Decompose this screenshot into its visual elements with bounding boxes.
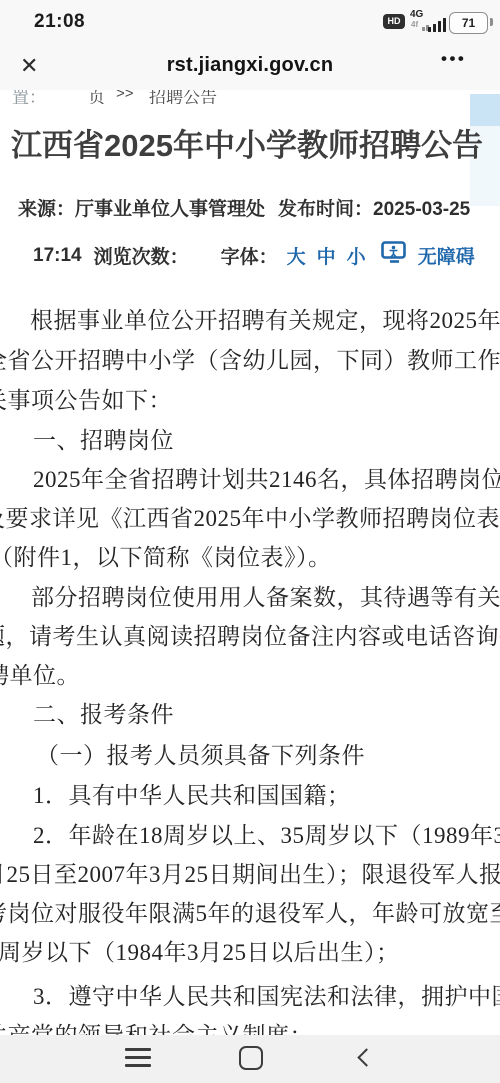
body-line: （附件1，以下简称《岗位表》）。 bbox=[0, 539, 332, 572]
battery-nub-icon bbox=[490, 18, 493, 26]
status-bar: 21:08 HD 4G 4f 71 bbox=[0, 0, 500, 45]
font-medium-button[interactable]: 中 bbox=[317, 242, 336, 269]
breadcrumb-home-link[interactable]: 页 bbox=[88, 90, 105, 104]
font-label: 字体： bbox=[221, 242, 278, 269]
body-line: 1．具有中华人民共和国国籍； bbox=[33, 777, 351, 810]
body-line: 全省公开招聘中小学（含幼儿园，下同）教师工作有 bbox=[0, 342, 500, 375]
body-line: （一）报考人员须具备下列条件 bbox=[36, 737, 365, 770]
address-bar[interactable]: rst.jiangxi.gov.cn bbox=[0, 54, 500, 77]
breadcrumb: 置： 页 >> 招聘公告 bbox=[0, 90, 470, 104]
page-title: 江西省2025年中小学教师招聘公告 bbox=[11, 120, 500, 165]
signal-bars-icon bbox=[428, 18, 446, 32]
views-label: 浏览次数： bbox=[94, 242, 189, 269]
more-menu-icon[interactable]: ••• bbox=[441, 49, 466, 69]
body-line: 及要求详见《江西省2025年中小学教师招聘岗位表》 bbox=[0, 500, 500, 533]
accessibility-icon[interactable] bbox=[381, 241, 408, 270]
home-icon[interactable] bbox=[239, 1046, 263, 1070]
network-secondary-label: 4f bbox=[411, 20, 418, 29]
body-line: 题，请考生认真阅读招聘岗位备注内容或电话咨询招 bbox=[0, 618, 500, 651]
article-meta-row1: 来源：厅事业单位人事管理处发布时间：2025-03-25 bbox=[18, 194, 470, 221]
body-line: 月25日至2007年3月25日期间出生）；限退役军人报 bbox=[0, 856, 500, 889]
browser-bar: ✕ rst.jiangxi.gov.cn ••• bbox=[0, 45, 500, 90]
font-large-button[interactable]: 大 bbox=[287, 242, 306, 269]
font-size-controls: 大 中 小 bbox=[287, 242, 366, 269]
publish-label: 发布时间： bbox=[278, 199, 373, 220]
source-value: 厅事业单位人事管理处 bbox=[75, 199, 265, 220]
clock: 21:08 bbox=[34, 11, 85, 33]
body-line: 根据事业单位公开招聘有关规定，现将2025年 bbox=[30, 302, 500, 335]
body-line: 聘单位。 bbox=[0, 657, 80, 690]
body-line: 共产党的领导和社会主义制度； bbox=[0, 1017, 313, 1035]
recents-icon[interactable] bbox=[125, 1048, 151, 1072]
body-line: 3．遵守中华人民共和国宪法和法律，拥护中国 bbox=[33, 978, 500, 1011]
font-small-button[interactable]: 小 bbox=[347, 242, 366, 269]
battery-icon: 71 bbox=[449, 12, 488, 34]
body-line: 2．年龄在18周岁以上、35周岁以下（1989年3 bbox=[33, 817, 500, 850]
system-nav-bar bbox=[0, 1035, 500, 1083]
publish-time: 17:14 bbox=[33, 245, 82, 267]
accessibility-link[interactable]: 无障碍 bbox=[418, 242, 475, 269]
page-content: 置： 页 >> 招聘公告 江西省2025年中小学教师招聘公告 来源：厅事业单位人… bbox=[0, 90, 500, 1035]
breadcrumb-prefix: 置： bbox=[12, 90, 46, 104]
body-line: 关事项公告如下： bbox=[0, 382, 172, 415]
breadcrumb-separator: >> bbox=[116, 90, 134, 102]
source-label: 来源： bbox=[18, 199, 75, 220]
back-icon[interactable] bbox=[357, 1048, 375, 1066]
body-line: 2025年全省招聘计划共2146名，具体招聘岗位 bbox=[33, 461, 500, 494]
breadcrumb-current-link[interactable]: 招聘公告 bbox=[149, 90, 217, 104]
body-line: 部分招聘岗位使用用人备案数，其待遇等有关问 bbox=[31, 579, 500, 612]
phone-screen: 21:08 HD 4G 4f 71 ✕ rst.jiangxi.gov.cn •… bbox=[0, 0, 500, 1083]
network-4g-label: 4G bbox=[410, 9, 423, 20]
body-line: 一、招聘岗位 bbox=[33, 422, 174, 455]
body-line: 二、报考条件 bbox=[33, 696, 174, 729]
publish-date: 2025-03-25 bbox=[373, 199, 470, 220]
signal-icon: 4G 4f bbox=[410, 9, 446, 35]
hd-icon: HD bbox=[383, 14, 405, 29]
article-meta-row2: 17:14 浏览次数： 字体： 大 中 小 无障碍 bbox=[33, 241, 475, 270]
body-line: 考岗位对服役年限满5年的退役军人，年龄可放宽至 bbox=[0, 895, 500, 928]
body-line: 40周岁以下（1984年3月25日以后出生）； bbox=[0, 934, 400, 967]
